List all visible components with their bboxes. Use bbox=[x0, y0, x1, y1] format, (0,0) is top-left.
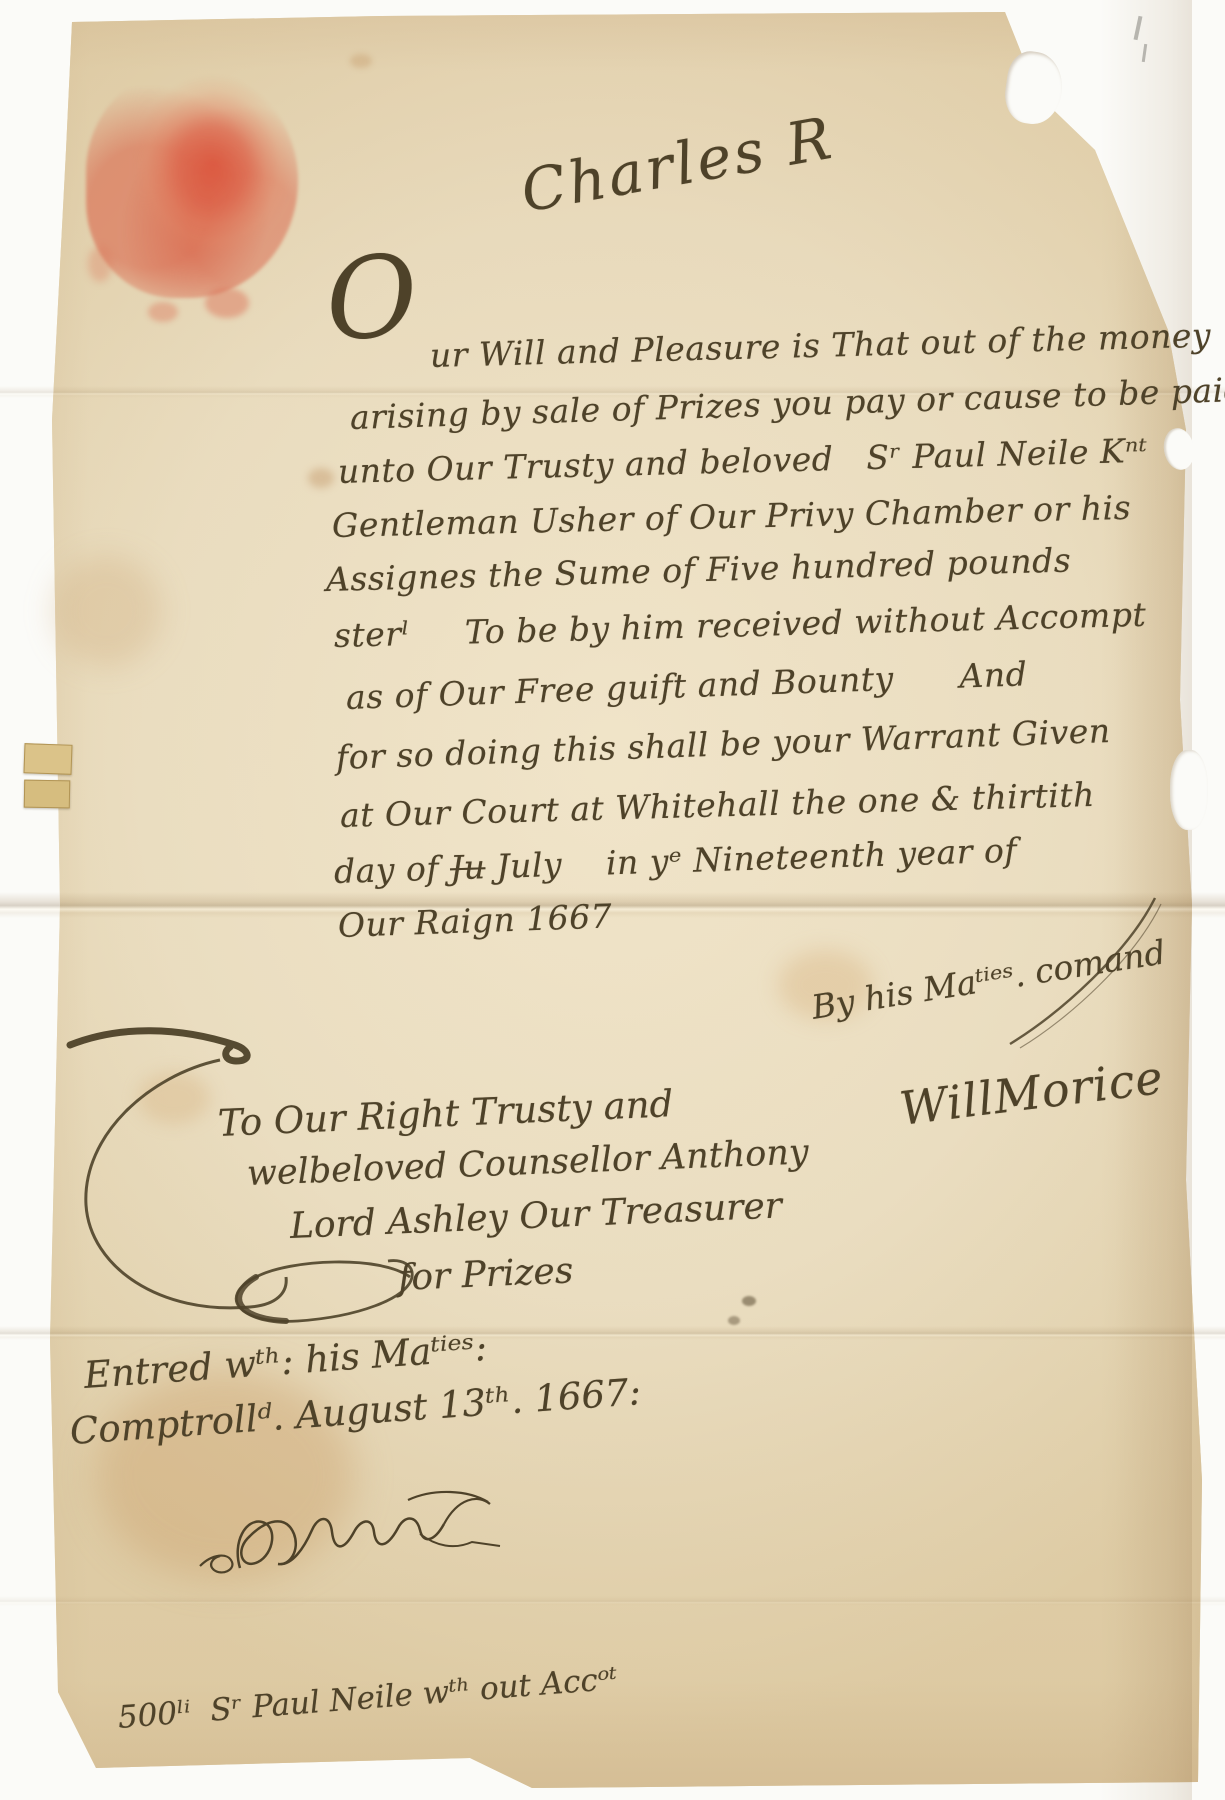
edge-mark bbox=[1134, 16, 1143, 40]
mounting-tab bbox=[23, 743, 72, 775]
body-line-10-pre: day of bbox=[333, 848, 450, 891]
edge-mark bbox=[1142, 44, 1147, 62]
address-line-4: for Prizes bbox=[397, 1250, 574, 1299]
manuscript-paper bbox=[0, 0, 1225, 1800]
mounting-tab bbox=[24, 780, 70, 809]
scanned-document: Charles R O ur Will and Pleasure is That… bbox=[0, 0, 1225, 1800]
body-initial-O: O bbox=[322, 246, 421, 353]
body-line-10-struck-word: Ju bbox=[449, 847, 486, 887]
